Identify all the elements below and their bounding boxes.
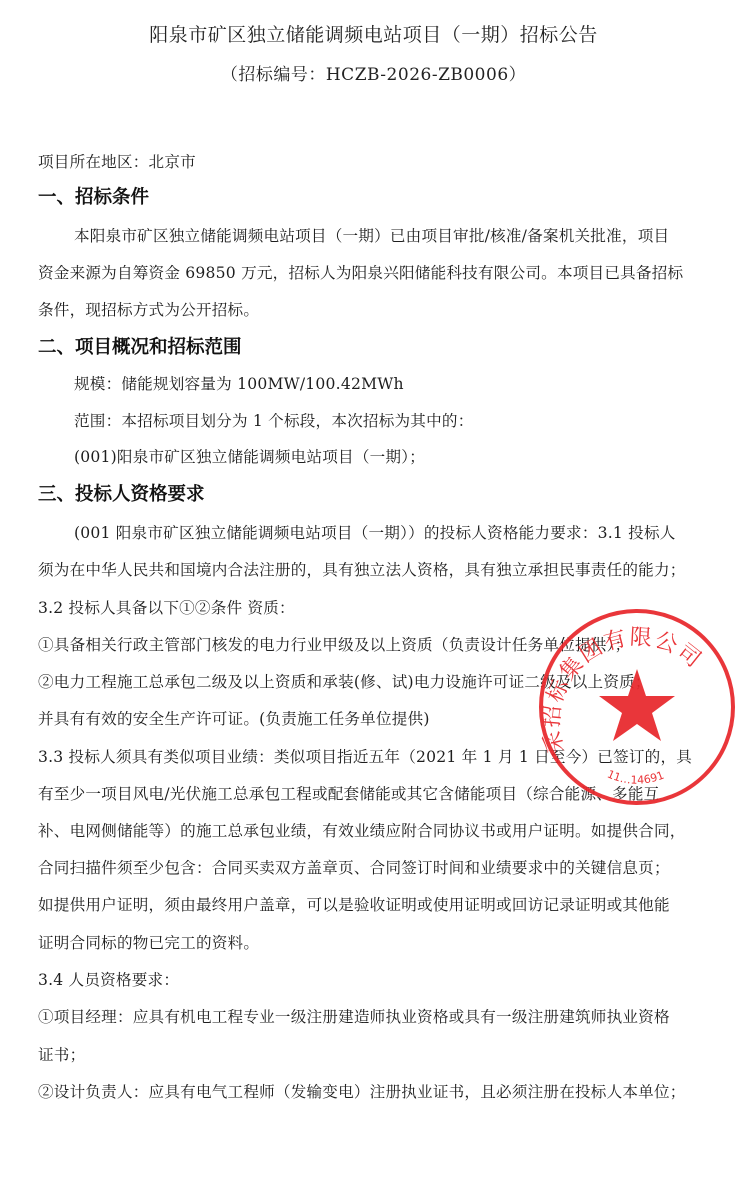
- tender-number: （招标编号：HCZB-2026-ZB0006）: [0, 60, 747, 85]
- paragraph-line: ①具备相关行政主管部门核发的电力行业甲级及以上资质（负责设计任务单位提供）；: [38, 633, 630, 655]
- project-region: 项目所在地区：北京市: [38, 150, 196, 172]
- scale-line: 规模：储能规划容量为 100MW/100.42MWh: [74, 372, 404, 394]
- paragraph-line: 本阳泉市矿区独立储能调频电站项目（一期）已由项目审批/核准/备案机关批准，项目: [74, 224, 669, 246]
- paragraph-line: 合同扫描件须至少包含：合同买卖双方盖章页、合同签订时间和业绩要求中的关键信息页；: [38, 856, 670, 878]
- paragraph-line: ②设计负责人：应具有电气工程师（发输变电）注册执业证书，且必须注册在投标人本单位…: [38, 1080, 686, 1102]
- scope-line: 范围：本招标项目划分为 1 个标段，本次招标为其中的：: [74, 409, 474, 431]
- document-title: 阳泉市矿区独立储能调频电站项目（一期）招标公告: [0, 20, 747, 47]
- paragraph-line: 资金来源为自筹资金 69850 万元，招标人为阳泉兴阳储能科技有限公司。本项目已…: [38, 261, 683, 283]
- paragraph-line: 有至少一项目风电/光伏施工总承包工程或配套储能或其它含储能项目（综合能源、多能互: [38, 782, 659, 804]
- paragraph-line: 证书；: [38, 1043, 85, 1065]
- paragraph-line: 条件，现招标方式为公开招标。: [38, 298, 259, 320]
- paragraph-line: ①项目经理：应具有机电工程专业一级注册建造师执业资格或具有一级注册建筑师执业资格: [38, 1005, 670, 1027]
- paragraph-line: 证明合同标的物已完工的资料。: [38, 931, 259, 953]
- paragraph-line: 并具有有效的安全生产许可证。(负责施工任务单位提供): [38, 707, 430, 729]
- paragraph-line: 如提供用户证明，须由最终用户盖章，可以是验收证明或使用证明或回访记录证明或其他能: [38, 893, 670, 915]
- paragraph-line: 须为在中华人民共和国境内合法注册的，具有独立法人资格，具有独立承担民事责任的能力…: [38, 558, 686, 580]
- paragraph-line: (001 阳泉市矿区独立储能调频电站项目（一期））的投标人资格能力要求：3.1 …: [74, 521, 676, 543]
- section-heading-project-overview: 二、项目概况和招标范围: [38, 333, 242, 359]
- paragraph-line: 3.2 投标人具备以下①②条件 资质：: [38, 596, 295, 618]
- paragraph-line: 补、电网侧储能等）的施工总承包业绩，有效业绩应附合同协议书或用户证明。如提供合同…: [38, 819, 686, 841]
- paragraph-line: ②电力工程施工总承包二级及以上资质和承装(修、试)电力设施许可证二级及以上资质；: [38, 670, 651, 692]
- section-heading-bidding-conditions: 一、招标条件: [38, 183, 149, 209]
- lot-line: (001)阳泉市矿区独立储能调频电站项目（一期）；: [74, 445, 425, 467]
- paragraph-line: 3.3 投标人须具有类似项目业绩：类似项目指近五年（2021 年 1 月 1 日…: [38, 745, 692, 767]
- section-heading-bidder-qualifications: 三、投标人资格要求: [38, 480, 205, 506]
- paragraph-line: 3.4 人员资格要求：: [38, 968, 179, 990]
